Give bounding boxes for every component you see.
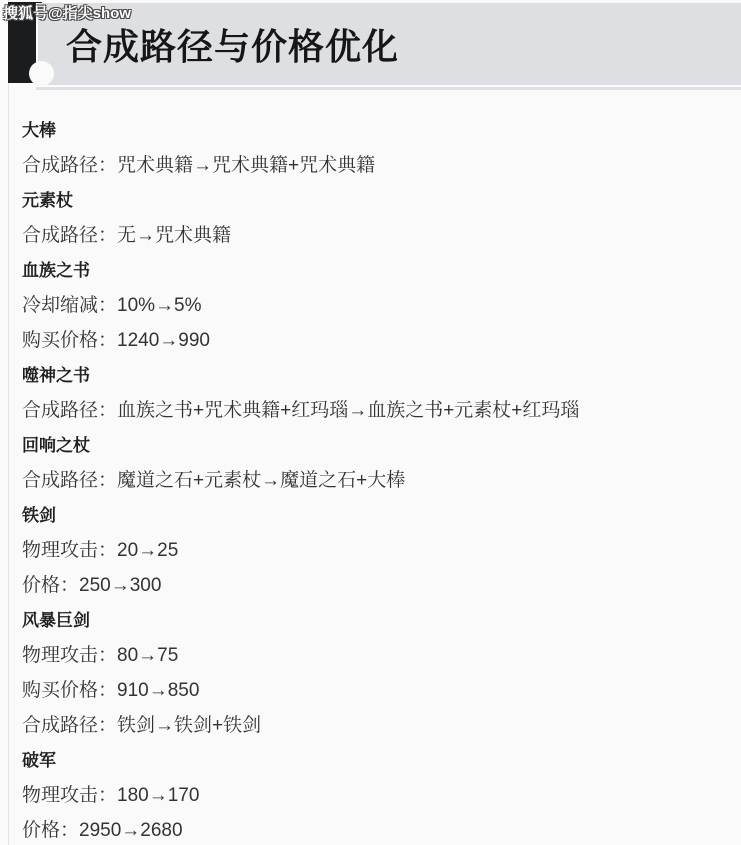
- item-name: 破军: [0, 743, 741, 778]
- item-name: 噬神之书: [0, 358, 741, 393]
- item-name: 铁剑: [0, 498, 741, 533]
- page-title: 合成路径与价格优化: [66, 19, 399, 70]
- item-section: 大棒 合成路径：咒术典籍→咒术典籍+咒术典籍: [0, 113, 741, 183]
- item-change-line: 合成路径：无→咒术典籍: [0, 218, 741, 253]
- item-change-line: 合成路径：咒术典籍→咒术典籍+咒术典籍: [0, 148, 741, 183]
- header-banner: 合成路径与价格优化: [36, 3, 741, 87]
- item-change-line: 购买价格：1240→990: [0, 323, 741, 358]
- item-change-line: 合成路径：铁剑→铁剑+铁剑: [0, 708, 741, 743]
- item-name: 风暴巨剑: [0, 603, 741, 638]
- item-change-line: 价格：250→300: [0, 568, 741, 603]
- item-section: 噬神之书 合成路径：血族之书+咒术典籍+红玛瑙→血族之书+元素杖+红玛瑙: [0, 358, 741, 428]
- item-name: 元素杖: [0, 183, 741, 218]
- item-change-line: 物理攻击：180→170: [0, 778, 741, 813]
- item-section: 元素杖 合成路径：无→咒术典籍: [0, 183, 741, 253]
- item-name: 血族之书: [0, 253, 741, 288]
- item-change-line: 合成路径：魔道之石+元素杖→魔道之石+大棒: [0, 463, 741, 498]
- item-name: 回响之杖: [0, 428, 741, 463]
- item-section: 血族之书 冷却缩减：10%→5%购买价格：1240→990: [0, 253, 741, 358]
- item-change-line: 物理攻击：20→25: [0, 533, 741, 568]
- item-change-line: 购买价格：910→850: [0, 673, 741, 708]
- watermark: 搜狐号@指尖show: [3, 2, 131, 23]
- patch-notes-list: 大棒 合成路径：咒术典籍→咒术典籍+咒术典籍 元素杖 合成路径：无→咒术典籍 血…: [0, 113, 741, 845]
- item-section: 铁剑 物理攻击：20→25价格：250→300: [0, 498, 741, 603]
- item-change-line: 物理攻击：80→75: [0, 638, 741, 673]
- item-name: 大棒: [0, 113, 741, 148]
- item-section: 回响之杖 合成路径：魔道之石+元素杖→魔道之石+大棒: [0, 428, 741, 498]
- article-page: 合成路径与价格优化 搜狐号@指尖show 大棒 合成路径：咒术典籍→咒术典籍+咒…: [0, 0, 741, 845]
- item-section: 风暴巨剑 物理攻击：80→75购买价格：910→850合成路径：铁剑→铁剑+铁剑: [0, 603, 741, 743]
- item-change-line: 价格：2950→2680: [0, 813, 741, 845]
- item-change-line: 冷却缩减：10%→5%: [0, 288, 741, 323]
- item-section: 破军 物理攻击：180→170价格：2950→2680: [0, 743, 741, 845]
- header-corner-notch: [29, 61, 54, 86]
- item-change-line: 合成路径：血族之书+咒术典籍+红玛瑙→血族之书+元素杖+红玛瑙: [0, 393, 741, 428]
